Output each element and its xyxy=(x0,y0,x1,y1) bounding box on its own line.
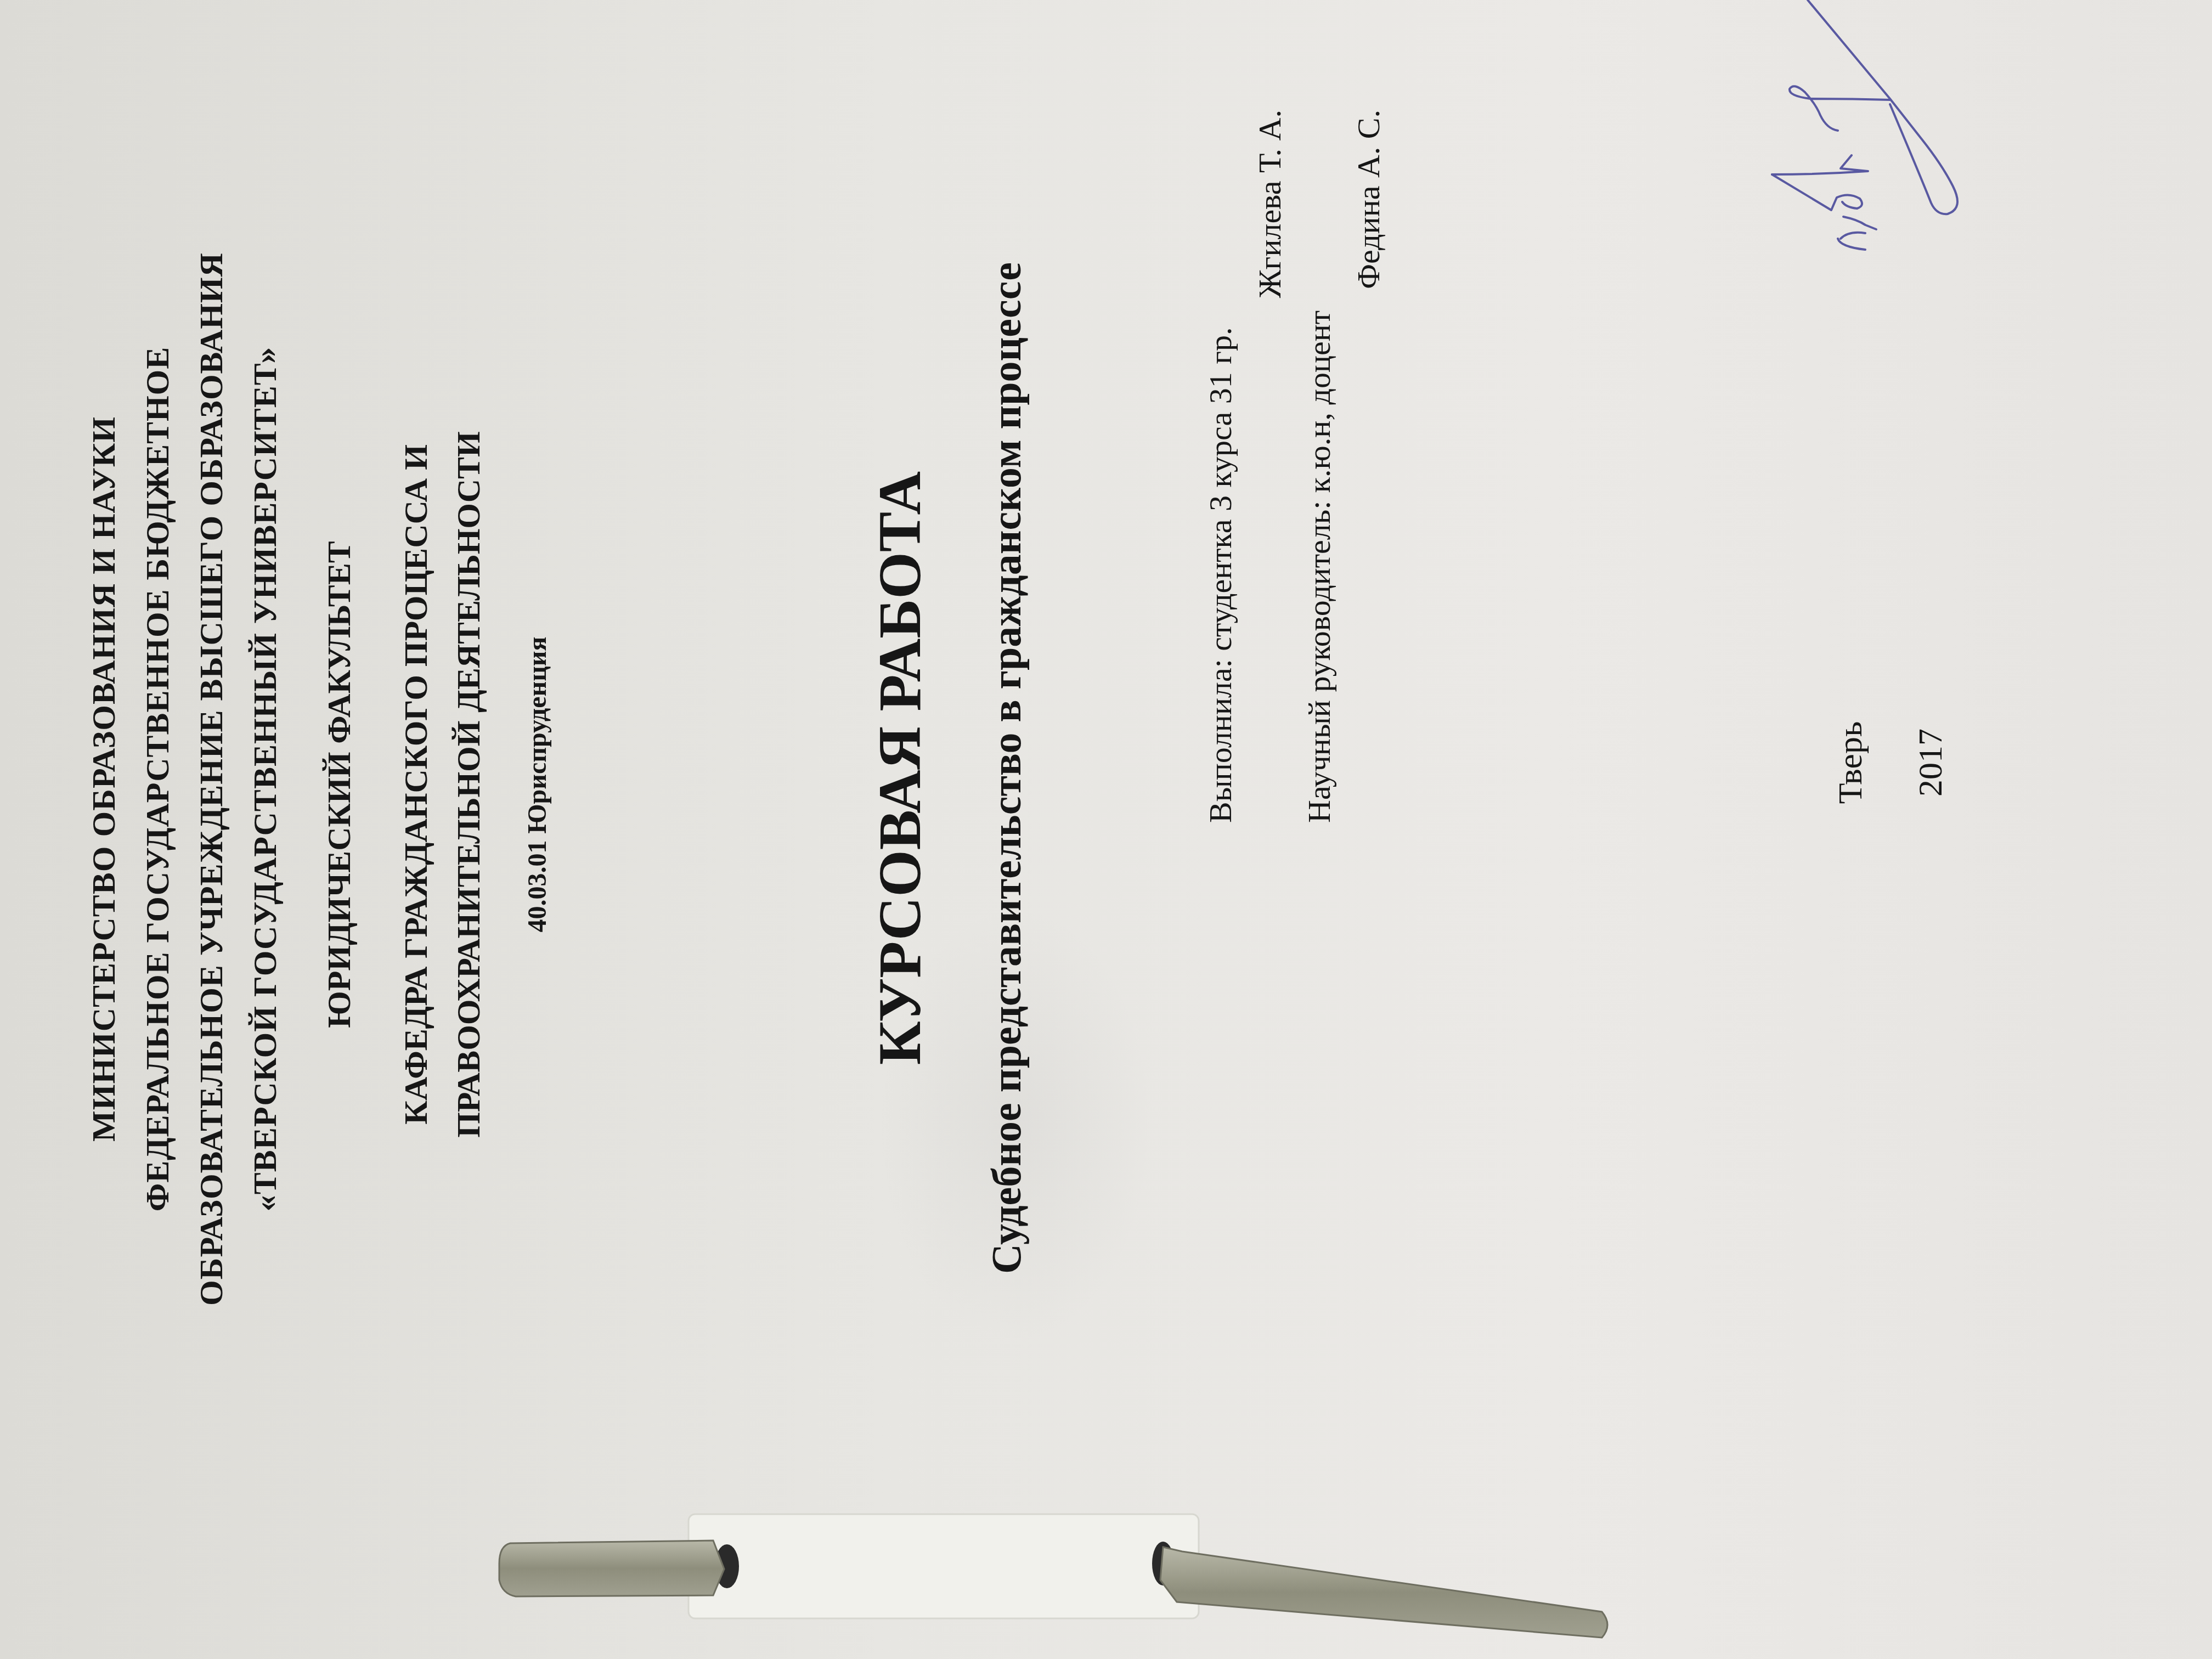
department-line-2: ПРАВООХРАНИТЕЛЬНОЙ ДЕЯТЕЛЬНОСТИ xyxy=(442,236,495,1333)
title-block: КУРСОВАЯ РАБОТА xyxy=(856,219,944,1317)
ministry-line: МИНИСТЕРСТВО ОБРАЗОВАНИЯ И НАУКИ xyxy=(77,154,131,1404)
author-label: Выполнила: студентка 3 курса 31 гр. xyxy=(1196,110,1245,823)
handwritten-signature-icon xyxy=(1756,0,2194,357)
department-line-1: КАФЕДРА ГРАЖДАНСКОГО ПРОЦЕССА И xyxy=(390,236,442,1333)
institution-header: МИНИСТЕРСТВО ОБРАЗОВАНИЯ И НАУКИ ФЕДЕРАЛ… xyxy=(77,154,292,1404)
year: 2017 xyxy=(1891,680,1971,845)
document-topic: Судебное представительство в гражданском… xyxy=(977,82,1037,1454)
city-year-block: Тверь 2017 xyxy=(1810,680,1971,845)
author-block: Выполнила: студентка 3 курса 31 гр. Жгил… xyxy=(1196,110,1393,823)
institution-line-2: ОБРАЗОВАТЕЛЬНОЕ УЧРЕЖДЕНИЕ ВЫСШЕГО ОБРАЗ… xyxy=(184,154,238,1404)
specialty-code: 40.03.01 Юриспруденция xyxy=(516,263,560,1306)
faculty-name: ЮРИДИЧЕСКИЙ ФАКУЛЬТЕТ xyxy=(313,263,365,1306)
document-page: МИНИСТЕРСТВО ОБРАЗОВАНИЯ И НАУКИ ФЕДЕРАЛ… xyxy=(0,0,2212,1659)
supervisor-label: Научный руководитель: к.ю.н, доцент xyxy=(1295,110,1344,823)
institution-line-3: «ТВЕРСКОЙ ГОСУДАРСТВЕННЫЙ УНИВЕРСИТЕТ» xyxy=(238,154,292,1404)
institution-line-1: ФЕДЕРАЛЬНОЕ ГОСУДАРСТВЕННОЕ БЮДЖЕТНОЕ xyxy=(131,154,184,1404)
city: Тверь xyxy=(1810,680,1891,845)
topic-block: Судебное представительство в гражданском… xyxy=(977,82,1037,1454)
specialty-block: 40.03.01 Юриспруденция xyxy=(516,263,560,1306)
department-block: КАФЕДРА ГРАЖДАНСКОГО ПРОЦЕССА И ПРАВООХР… xyxy=(390,236,495,1333)
document-title: КУРСОВАЯ РАБОТА xyxy=(856,219,944,1317)
binder-fastener-icon xyxy=(494,1481,1646,1659)
supervisor-name: Федина А. С. xyxy=(1344,110,1393,823)
author-name: Жгилева Т. А. xyxy=(1245,110,1295,823)
faculty-block: ЮРИДИЧЕСКИЙ ФАКУЛЬТЕТ xyxy=(313,263,365,1306)
